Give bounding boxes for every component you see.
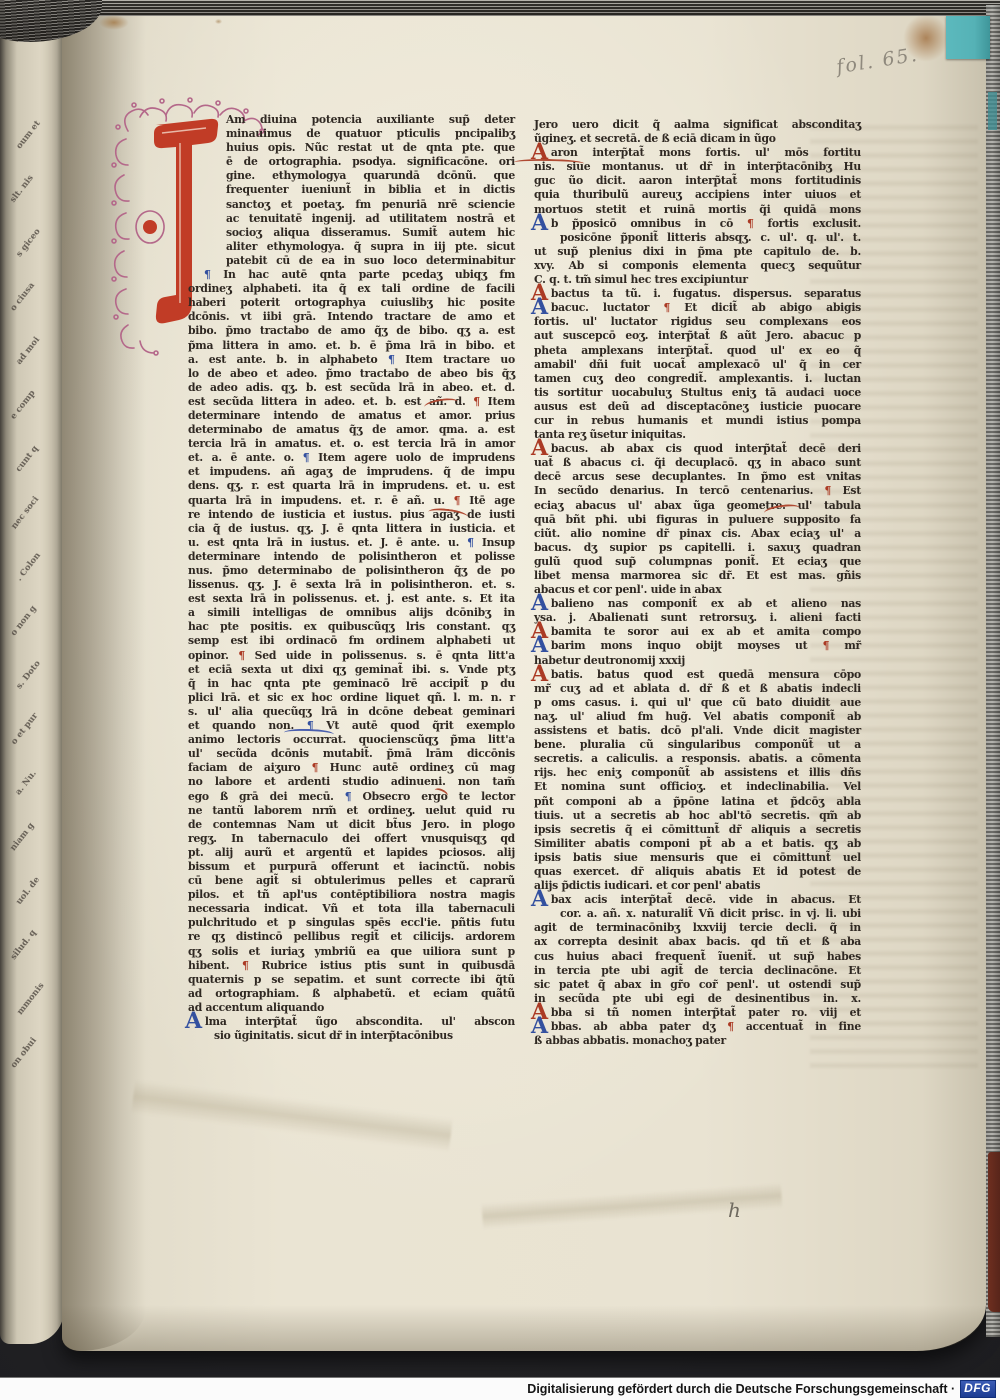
manuscript-scan: oum etslt. niss giceoo ciusaad moie comp… (0, 0, 1000, 1400)
text-segment: gulũ quod sup̃ columpnas ponit̃. Et ecia… (534, 555, 861, 568)
text-line: naʒ. ul' aliud fm hug̃. Vel abatis compo… (534, 710, 861, 724)
text-segment: fortis exclusit. (767, 217, 861, 230)
text-segment: cur in rebus humanis et mundi istius pom… (534, 414, 861, 427)
text-segment: a. est ante. b. in alphabeto (188, 353, 388, 366)
text-line: bene. pluralia cũ singularibus componũt̃… (534, 738, 861, 752)
text-line: guc ũo dicit. aaron interp̃tat̃ mons for… (534, 174, 861, 188)
text-segment: b p̃posicō omnibus in cō (551, 217, 747, 230)
text-line: u. est qnta lrā in iustus. et. J. ē ante… (188, 536, 515, 550)
text-line: re qʒ distincō pellibus regit̃ et cilici… (188, 930, 515, 944)
text-line: uat̃ ß abacus ci. q̃i decuplacō. qʒ in a… (534, 456, 861, 470)
stain (215, 19, 222, 24)
text-segment: ysa. j. Abalienati sunt retrorsuʒ. i. al… (534, 611, 861, 624)
text-segment: pt. alij aurũ et argentũ et lapides pcio… (188, 846, 515, 859)
text-segment: q̃ in hac qnta pte geminacō lrē accipit̃… (188, 677, 515, 690)
footer-bar: Digitalisierung gefördert durch die Deut… (0, 1377, 1000, 1400)
text-segment: Et dicit̃ ab abigo abigis (684, 301, 861, 314)
text-segment: ipsis batis siue mensuris que ei cōmittu… (534, 851, 861, 864)
text-line: tiuis. ut a secretis ab hoc abl'tō secre… (534, 809, 861, 823)
text-line: est secũda littera in adeo. et. b. est a… (188, 395, 515, 409)
text-segment: agit de terminacōnibʒ lxxviij tercie dec… (534, 921, 861, 934)
text-segment: ¶ (303, 451, 318, 464)
text-segment: quaternis p se sepatim. et sunt correcte… (188, 973, 515, 986)
text-segment: u. est qnta lrā in iustus. et. J. ē ante… (188, 536, 467, 549)
text-line: faciam de aiʒuro ¶ Hunc autē ordineʒ cū … (188, 761, 515, 775)
text-segment: sio ũginitatis. sicut dr̃ in interp̃tacō… (214, 1029, 453, 1042)
text-segment: cia q̃ de iustus. qʒ. J. ē qnta littera … (188, 522, 515, 535)
text-segment: animo lectoris occurrat. quocienscũqʒ p̃… (188, 733, 515, 746)
text-segment: est sexta lrā in polissenus. et. j. est … (188, 592, 515, 605)
text-line: Abamita te soror aui ex ab et amita comp… (534, 625, 861, 639)
text-segment: ad ortographiam. ß alphabetũ. et eciam q… (188, 987, 515, 1000)
facing-page-edge: oum etslt. niss giceoo ciusaad moie comp… (0, 20, 64, 1344)
lemma-initial: A (531, 435, 548, 461)
text-line: pilos. et tñ apl'us contēptibiliora nost… (188, 888, 515, 902)
text-segment: faciam de aiʒuro (188, 761, 312, 774)
text-segment: pheta amplexans interp̃tat̃. quod ul' ex… (534, 344, 861, 357)
text-segment: pulchritudo et p singulas spēs eccl'ie. … (188, 916, 515, 929)
text-line: rijs. hec eniʒ componũt̃ ab assistens et… (534, 766, 861, 780)
text-line: Abacuc. luctator ¶ Et dicit̃ ab abigo ab… (534, 301, 861, 315)
page-stack-top-edge (0, 0, 1000, 16)
text-segment: In hac autē qnta parte pcedaʒ ubiqʒ fm (223, 268, 515, 281)
text-line: ũgineʒ. et secretā. de ß eciā dicam in ũ… (534, 132, 861, 146)
text-segment: ausus est deũ ad disceptacōneʒ iusticie … (534, 400, 861, 413)
text-segment: barim mons inquo obijt moyses ut (551, 639, 823, 652)
text-line: ¶ In hac autē qnta parte pcedaʒ ubiqʒ fm (188, 268, 515, 282)
text-segment: in tercia pte ubi agit̃ de tercia declin… (534, 964, 861, 977)
text-line: Jero uero dicit q̃ aalma significat absc… (534, 118, 861, 132)
spine-text-fragment: silud. q (9, 928, 39, 962)
text-line: agit de terminacōnibʒ lxxviij tercie dec… (534, 921, 861, 935)
text-line: a. est ante. b. in alphabeto ¶ Item trac… (188, 353, 515, 367)
text-segment: aron interp̃tat̃ mons fortis. ul' mōs fo… (551, 146, 861, 159)
text-line: mr̃ cuʒ ad et ablata d. dr̃ ß et ß abati… (534, 682, 861, 696)
text-segment: dens. qʒ. r. est quarta lrā in imprudens… (188, 479, 515, 492)
text-segment: xvy. Ab si componis elementa quecʒ sequũ… (534, 259, 861, 272)
text-line: et quando non. ¶ Vt autē quod q̃rit exem… (188, 719, 515, 733)
text-segment: qʒ solis et iuriaʒ ymbriũ ea que uiliora… (188, 945, 515, 958)
text-segment: Jero uero dicit q̃ aalma significat absc… (534, 118, 861, 131)
text-line: abacus et cor penl'. uide in abax (534, 583, 861, 597)
text-line: habetur deutronomij xxxij (534, 654, 861, 668)
text-segment: opinor. (188, 649, 238, 662)
pencil-mark: h (728, 1198, 741, 1222)
text-segment: minauimus de quatuor pticulis pncipalibʒ (226, 127, 515, 140)
text-segment: bissum et purpurā offerunt et iacinctũ. … (188, 860, 515, 873)
text-line: necessaria indicat. Vñ et tota illa tabe… (188, 902, 515, 916)
lemma-initial: A (531, 294, 548, 320)
spine-text-fragment: o et pur (9, 711, 40, 747)
text-line: ac tenuitatē ingenij. ad utilitatem nost… (188, 212, 515, 226)
text-segment: quas exercet. dr̃ aliquis abatis Et id p… (534, 865, 861, 878)
text-line: determinabo de amatus q̃ʒ de amor. qma. … (188, 423, 515, 437)
text-line: sanctoʒ et poetaʒ. fm penuriā nrē scienc… (188, 198, 515, 212)
lemma-initial: A (531, 886, 548, 912)
text-column-2: Jero uero dicit q̃ aalma significat absc… (534, 118, 861, 1048)
text-segment: tanta reʒ ũsetur iniquitas. (534, 428, 686, 441)
text-line: In secũdo denarius. In tercō centenarius… (534, 484, 861, 498)
text-line: a simili intelligas de omnibus alijs dcō… (188, 606, 515, 620)
text-line: frequenter iueniunt̃ in biblia et in dic… (188, 183, 515, 197)
text-line: opinor. ¶ Sed uide in polissenus. s. ē q… (188, 649, 515, 663)
text-segment: ¶ (823, 639, 845, 652)
text-line: bibo. p̃mo tractabo de amo q̃ʒ de bibo. … (188, 324, 515, 338)
text-segment: ß abbas abbatis. monachoʒ pater (534, 1034, 726, 1047)
text-line: determinare intendo de polisintheron et … (188, 550, 515, 564)
text-segment: sanctoʒ et poetaʒ. fm penuriā nrē scienc… (226, 198, 515, 211)
text-line: plici lrā. et sic ex hoc ordine liquet q… (188, 691, 515, 705)
text-line: ut sup̃ plenius dixi in p̃ma pte capitul… (534, 245, 861, 259)
text-segment: mr̃ (844, 639, 861, 652)
parchment-wrinkle (131, 1080, 453, 1153)
text-line: Abalieno nas componit̃ ex ab et alieno n… (534, 597, 861, 611)
text-segment: et eciā sexta ut dixi qʒ geminat̃ ibi. s… (188, 663, 515, 676)
text-segment: regʒ. In tabernaculo dei offert vnusquis… (188, 832, 515, 845)
text-segment: secretis. a caliculis. a responsis. abat… (534, 752, 861, 765)
text-segment: plici lrā. et sic ex hoc ordine liquet q… (188, 691, 515, 704)
text-segment: ¶ (727, 1020, 746, 1033)
text-line: ipsis batis siue mensuris que ei cōmittu… (534, 851, 861, 865)
text-segment: amabil' dñi fuit uocat̃ amplexacō ul' q̃… (534, 358, 861, 371)
text-segment: dcōnis. vt iibi grā. Intendo tractare de… (188, 310, 515, 323)
text-line: quia thuribulũ aureuʒ accipiens inter ui… (534, 188, 861, 202)
text-segment: Et nomina sunt officioʒ. et indeclinabil… (534, 780, 861, 793)
spine-text-fragment: niam g (8, 821, 36, 853)
stain (99, 15, 129, 30)
text-line: sic patet q̃ abax in gr̃o cor̃ penl'. ut… (534, 978, 861, 992)
text-segment: ad accentum aliquando (188, 1001, 324, 1014)
text-line: Alma interp̃tat̃ ũgo abscondita. ul' abs… (188, 1015, 515, 1029)
text-line: determinare intendo de amatus et amor. p… (188, 409, 515, 423)
text-segment: posicōne p̃ponit̃ litteris absqʒ. c. ul'… (560, 231, 861, 244)
text-segment: balieno nas componit̃ ex ab et alieno na… (551, 597, 861, 610)
text-segment: ¶ (238, 649, 254, 662)
text-line: tercia lrā in amatus. et. o. est tercia … (188, 437, 515, 451)
text-segment: hac pte positis. ex quibuscũqʒ lris cons… (188, 620, 515, 633)
text-line: tis sortitur uocabuluʒ Stultus eniʒ tā a… (534, 386, 861, 400)
text-line: Ab p̃posicō omnibus in cō ¶ fortis exclu… (534, 217, 861, 231)
text-line: regʒ. In tabernaculo dei offert vnusquis… (188, 832, 515, 846)
spine-text-fragment: ad moi (14, 335, 42, 367)
lemma-initial: A (531, 1013, 548, 1039)
manuscript-page: Am diuina potencia auxiliante sup̃ deter… (62, 13, 986, 1351)
text-line: tamen cuʒ deo congredit̃. amplexantis. i… (534, 372, 861, 386)
text-segment: ¶ (312, 761, 330, 774)
text-segment: mortuos stetit et ruinā mortis q̃i quidā… (534, 203, 861, 216)
text-segment: bibo. p̃mo tractabo de amo q̃ʒ de bibo. … (188, 324, 515, 337)
text-segment: Rubrice istius ptis sunt in quibusdā (261, 959, 515, 972)
text-segment: in secũda pte ubi egi de desinentibus in… (534, 992, 861, 1005)
text-line: quarta lrā in impudens. et. r. ē añ. u. … (188, 494, 515, 508)
text-line: est sexta lrā in polissenus. et. j. est … (188, 592, 515, 606)
text-line: sio ũginitatis. sicut dr̃ in interp̃tacō… (188, 1029, 515, 1043)
text-line: Aaron interp̃tat̃ mons fortis. ul' mōs f… (534, 146, 861, 160)
text-segment: C. q. t. tm̃ simul hec tres excipiuntur (534, 273, 748, 286)
text-line: cū bene agit̃ si obtulerimus pelles et c… (188, 874, 515, 888)
text-segment: ¶ (473, 395, 487, 408)
text-line: ysa. j. Abalienati sunt retrorsuʒ. i. al… (534, 611, 861, 625)
text-line: gine. ethymologya quarundā dcōnũ. que (188, 169, 515, 183)
text-segment: patebit cū de ea in suo loco determinabi… (226, 254, 515, 267)
text-line: hibent. ¶ Rubrice istius ptis sunt in qu… (188, 959, 515, 973)
text-segment: lma interp̃tat̃ ũgo abscondita. ul' absc… (205, 1015, 515, 1028)
text-segment: Insup (482, 536, 515, 549)
text-line: C. q. t. tm̃ simul hec tres excipiuntur (534, 273, 861, 287)
lemma-initial: A (531, 590, 548, 616)
spine-text-fragment: mmonis (15, 981, 46, 1017)
text-segment: ¶ (663, 301, 684, 314)
text-line: ordineʒ alphabeti. ita q̃ ex tali ordine… (188, 282, 515, 296)
text-segment: quia thuribulũ aureuʒ accipiens inter ui… (534, 188, 861, 201)
text-line: quā bñt pħi. ubi figuras in puluere supp… (534, 513, 861, 527)
text-line: p̃ma littera in amo. et. b. ē p̃ma lrā i… (188, 339, 515, 353)
text-segment: batis. batus quod est quedā mensura cōpo (551, 668, 861, 681)
text-line: ausus est deũ ad disceptacōneʒ iusticie … (534, 400, 861, 414)
text-line: xvy. Ab si componis elementa quecʒ sequũ… (534, 259, 861, 273)
text-segment: ordineʒ alphabeti. ita q̃ ex tali ordine… (188, 282, 515, 295)
text-line: patebit cū de ea in suo loco determinabi… (188, 254, 515, 268)
text-line: socioʒ aliqua disseramus. Sumit̃ autem h… (188, 226, 515, 240)
text-segment: determinare intendo de polisintheron et … (188, 550, 515, 563)
spine-text-fragment: slt. nis (8, 173, 36, 204)
text-segment: gine. ethymologya quarundā dcōnũ. que (226, 169, 515, 182)
text-line: tanta reʒ ũsetur iniquitas. (534, 428, 861, 442)
text-segment: p oms casus. i. qui ul' que cũ bato diui… (534, 696, 861, 709)
text-segment: libet mensa marmorea sic dr̃. Et est mas… (534, 569, 861, 582)
text-line: Et nomina sunt officioʒ. et indeclinabil… (534, 780, 861, 794)
text-line: Abbas. ab abba pater dʒ ¶ accentuat̃ in … (534, 1020, 861, 1034)
spine-text-fragment: uol. de (14, 875, 42, 907)
dfg-logo: DFG (960, 1380, 996, 1398)
text-line: ne tantũ laborem nrm̃ et ordineʒ. uelut … (188, 804, 515, 818)
text-line: p oms casus. i. qui ul' que cũ bato diui… (534, 696, 861, 710)
text-segment: nus. p̃mo determinabo de polisintheron q… (188, 564, 515, 577)
text-segment: et. a. ē ante. o. (188, 451, 303, 464)
text-line: et. a. ē ante. o. ¶ Item agere uolo de i… (188, 451, 515, 465)
text-segment: guc ũo dicit. aaron interp̃tat̃ mons for… (534, 174, 861, 187)
text-segment: aut suscepcō eoʒ. interp̃tat̃ ß aũt Jero… (534, 329, 861, 342)
text-line: ad ortographiam. ß alphabetũ. et eciam q… (188, 987, 515, 1001)
text-segment: tis sortitur uocabuluʒ Stultus eniʒ tā a… (534, 386, 861, 399)
text-line: huius opis. Nũc restat ut de qnta pte. q… (188, 141, 515, 155)
text-line: minauimus de quatuor pticulis pncipalibʒ (188, 127, 515, 141)
spine-text-fragment: a. Nu. (14, 769, 39, 797)
text-segment: In secũdo denarius. In tercō centenarius… (534, 484, 824, 497)
text-line: pñt componi ab a p̃pōne latina et p̃dcōʒ… (534, 795, 861, 809)
text-segment: frequenter iueniunt̃ in biblia et in dic… (226, 183, 515, 196)
text-segment: decē arcus sese decuplantes. In p̃mo est… (534, 470, 861, 483)
text-segment: Item tractare uo (405, 353, 515, 366)
text-segment: naʒ. ul' aliud fm hug̃. Vel abatis compo… (534, 710, 861, 723)
text-line: eciaʒ abacus ul' abax ũga geometre. ul' … (534, 499, 861, 513)
text-segment: Hunc autē ordineʒ cū mag (330, 761, 515, 774)
text-line: bacus. dʒ supior ps capitelli. i. saxuʒ … (534, 541, 861, 555)
text-segment: bene. pluralia cũ singularibus componũt̃… (534, 738, 861, 751)
text-line: Abarim mons inquo obijt moyses ut ¶ mr̃ (534, 639, 861, 653)
text-line: animo lectoris occurrat. quocienscũqʒ p̃… (188, 733, 515, 747)
text-line: et eciā sexta ut dixi qʒ geminat̃ ibi. s… (188, 663, 515, 677)
text-segment: bacuc. luctator (551, 301, 664, 314)
text-column-1: Am diuina potencia auxiliante sup̃ deter… (188, 113, 515, 1043)
spine-text-fragment: s. Doto (14, 659, 42, 691)
text-segment: mr̃ cuʒ ad et ablata d. dr̃ ß et ß abati… (534, 682, 861, 695)
text-segment: rijs. hec eniʒ componũt̃ ab assistens et… (534, 766, 861, 779)
text-segment: bamita te soror aui ex ab et amita compo (551, 625, 861, 638)
text-line: decē arcus sese decuplantes. In p̃mo est… (534, 470, 861, 484)
text-line: quas exercet. dr̃ aliquis abatis Et id p… (534, 865, 861, 879)
text-line: cus huius abaci frequent̃ ĩuenit̃. ut su… (534, 950, 861, 964)
text-segment: lo de abeo et adeo. p̃mo tractabo de abe… (188, 367, 515, 380)
lemma-initial: A (185, 1008, 202, 1034)
text-line: de adeo adis. qʒ. b. est secũda lrā in a… (188, 381, 515, 395)
text-segment: ¶ (467, 536, 482, 549)
text-segment: bbas. ab abba pater dʒ (551, 1020, 727, 1033)
spine-text-fragment: cunt q (14, 444, 41, 474)
text-line: ē de ortographia. psodya. significacōne.… (188, 155, 515, 169)
text-segment: de contemnas Nam ut dicit bt̃us Jero. in… (188, 818, 515, 831)
text-line: assistens et batis. dcō pl'ali. Vnde dic… (534, 724, 861, 738)
text-segment: haberi poterit ortographya cuiuslibʒ hic… (188, 296, 515, 309)
spine-text-fragment: nec soci (9, 495, 41, 532)
text-line: pheta amplexans interp̃tat̃. quod ul' ex… (534, 344, 861, 358)
text-segment: determinabo de amatus q̃ʒ de amor. qma. … (188, 423, 515, 436)
text-segment: sic patet q̃ abax in gr̃o cor̃ penl'. ut… (534, 978, 861, 991)
text-segment: ũgineʒ. et secretā. de ß eciā dicam in ũ… (534, 132, 776, 145)
lemma-initial: A (531, 661, 548, 687)
text-line: hac pte positis. ex quibuscũqʒ lris cons… (188, 620, 515, 634)
text-segment: quā bñt pħi. ubi figuras in puluere supp… (534, 513, 861, 526)
text-line: Abatis. batus quod est quedā mensura cōp… (534, 668, 861, 682)
text-segment: ut sup̃ plenius dixi in p̃ma pte capitul… (534, 245, 861, 258)
text-segment: habetur deutronomij xxxij (534, 654, 685, 667)
text-line: aut suscepcō eoʒ. interp̃tat̃ ß aũt Jero… (534, 329, 861, 343)
text-line: cur in rebus humanis et mundi istius pom… (534, 414, 861, 428)
text-segment: alijs p̃dictis iudicari. et cor penl' ab… (534, 879, 760, 892)
text-segment: ac tenuitatē ingenij. ad utilitatem nost… (226, 212, 515, 225)
text-line: in secũda pte ubi egi de desinentibus in… (534, 992, 861, 1006)
lemma-initial: A (531, 210, 548, 236)
text-segment: eciaʒ abacus ul' abax ũga geometre. ul' … (534, 499, 861, 512)
text-line: mortuos stetit et ruinā mortis q̃i quidā… (534, 203, 861, 217)
text-segment: socioʒ aliqua disseramus. Sumit̃ autem h… (226, 226, 515, 239)
text-segment: cor. a. añ. x. naturalit̃ Vñ dicit prisc… (560, 907, 861, 920)
text-segment: cū bene agit̃ si obtulerimus pelles et c… (188, 874, 515, 887)
text-line: Similiter abatis componi pt̃ ab a et bat… (534, 837, 861, 851)
text-segment: no labore et ardenti studio adinueni. no… (188, 775, 515, 788)
text-line: q̃ in hac qnta pte geminacō lrē accipit̃… (188, 677, 515, 691)
text-segment: bax acis interp̃tat̃ decē. vide in abacu… (551, 893, 861, 906)
text-line: Abax acis interp̃tat̃ decē. vide in abac… (534, 893, 861, 907)
text-segment: ¶ (204, 268, 223, 281)
text-line: s. ul' alia quecũqʒ lrā in dcōne debeat … (188, 705, 515, 719)
text-line: secretis. a caliculis. a responsis. abat… (534, 752, 861, 766)
text-line: lo de abeo et adeo. p̃mo tractabo de abe… (188, 367, 515, 381)
text-line: pulchritudo et p singulas spēs eccl'ie. … (188, 916, 515, 930)
text-line: ß abbas abbatis. monachoʒ pater (534, 1034, 861, 1048)
text-segment: hibent. (188, 959, 242, 972)
text-line: semp est ibi ordinacō fm ordinem alphabe… (188, 634, 515, 648)
text-line: bissum et purpurā offerunt et iacinctũ. … (188, 860, 515, 874)
spine-text-fragment: o non g (9, 604, 39, 638)
text-segment: assistens et batis. dcō pl'ali. Vnde dic… (534, 724, 861, 737)
text-line: cia q̃ de iustus. qʒ. J. ē qnta littera … (188, 522, 515, 536)
text-segment: Am diuina potencia auxiliante sup̃ deter (226, 113, 515, 126)
text-line: Abacus. ab abax cis quod interp̃tat̃ dec… (534, 442, 861, 456)
text-segment: de adeo adis. qʒ. b. est secũda lrā in a… (188, 381, 515, 394)
text-line: gulũ quod sup̃ columpnas ponit̃. Et ecia… (534, 555, 861, 569)
text-segment: ul' secũda dcōnis mutabit̃. p̃mā lrām di… (188, 747, 515, 760)
text-segment: ipsis secretis q̃ ei cōmittunt̃ dr̃ aliq… (534, 823, 861, 836)
text-line: in tercia pte ubi agit̃ de tercia declin… (534, 964, 861, 978)
text-segment: quarta lrā in impudens. et. r. ē añ. u. (188, 494, 454, 507)
text-segment: bba si tñ nomen interp̃tat̃ pater ro. vi… (551, 1006, 861, 1019)
text-line: de contemnas Nam ut dicit bt̃us Jero. in… (188, 818, 515, 832)
text-segment: ¶ (824, 484, 842, 497)
text-segment: aliter ethymologya. q̃ supra in iij pte.… (226, 240, 515, 253)
text-segment: ¶ (242, 959, 261, 972)
text-segment: semp est ibi ordinacō fm ordinem alphabe… (188, 634, 515, 647)
text-line: quaternis p se sepatim. et sunt correcte… (188, 973, 515, 987)
text-segment: ciũt. alio nomine dr̃ pinax cis. Abax ec… (534, 527, 861, 540)
text-segment: et impudens. añ agaʒ de imprudens. q̃ de… (188, 465, 515, 478)
text-segment: bactus ta tũ. i. fugatus. dispersus. sep… (551, 287, 861, 300)
text-segment: ax correpta desinit abax bacis. qd tñ et… (534, 935, 861, 948)
book-cover-strip (988, 1152, 1000, 1312)
text-line: cor. a. añ. x. naturalit̃ Vñ dicit prisc… (534, 907, 861, 921)
text-segment: Similiter abatis componi pt̃ ab a et bat… (534, 837, 861, 850)
text-line: qʒ solis et iuriaʒ ymbriũ ea que uiliora… (188, 945, 515, 959)
text-line: ciũt. alio nomine dr̃ pinax cis. Abax ec… (534, 527, 861, 541)
bookmark-sliver (988, 92, 997, 130)
text-segment: cus huius abaci frequent̃ ĩuenit̃. ut su… (534, 950, 861, 963)
text-line: ego ß grā dei mecū. ¶ Obsecro ergo te le… (188, 790, 515, 804)
text-segment: tiuis. ut a secretis ab hoc abl'tō secre… (534, 809, 861, 822)
page-right-edge-strip (986, 5, 1000, 1337)
text-segment: ¶ (747, 217, 767, 230)
text-line: ad accentum aliquando (188, 1001, 515, 1015)
text-segment: ¶ (454, 494, 470, 507)
spine-text-fragment: . Colon (14, 551, 42, 584)
text-segment: determinare intendo de amatus et amor. p… (188, 409, 515, 422)
text-segment: a simili intelligas de omnibus alijs dcō… (188, 606, 515, 619)
footer-credit-text: Digitalisierung gefördert durch die Deut… (527, 1382, 955, 1396)
text-line: Abba si tñ nomen interp̃tat̃ pater ro. v… (534, 1006, 861, 1020)
text-line: Abactus ta tũ. i. fugatus. dispersus. se… (534, 287, 861, 301)
text-segment: necessaria indicat. Vñ et tota illa tabe… (188, 902, 515, 915)
text-segment: abacus et cor penl'. uide in abax (534, 583, 721, 596)
underline-squiggle-red (514, 158, 584, 167)
text-line: nus. p̃mo determinabo de polisintheron q… (188, 564, 515, 578)
text-segment: p̃ma littera in amo. et. b. ē p̃ma lrā i… (188, 339, 515, 352)
text-segment: uat̃ ß abacus ci. q̃i decuplacō. qʒ in a… (534, 456, 861, 469)
footer-inner: Digitalisierung gefördert durch die Deut… (527, 1378, 996, 1400)
text-line: dcōnis. vt iibi grā. Intendo tractare de… (188, 310, 515, 324)
bookmark-tab (946, 16, 990, 59)
text-segment: ne tantũ laborem nrm̃ et ordineʒ. uelut … (188, 804, 515, 817)
text-line: haberi poterit ortographya cuiuslibʒ hic… (188, 296, 515, 310)
text-segment: accentuat̃ in fine (746, 1020, 861, 1033)
text-segment: ego ß grā dei mecū. (188, 790, 345, 803)
spine-text-fragment: o ciusa (9, 281, 38, 314)
text-segment: s. ul' alia quecũqʒ lrā in dcōne debeat … (188, 705, 515, 718)
text-segment: Item (488, 395, 515, 408)
text-line: lissenus. qʒ. J. ē sexta lrā in polisint… (188, 578, 515, 592)
text-segment: tercia lrā in amatus. et. o. est tercia … (188, 437, 515, 450)
text-line: no labore et ardenti studio adinueni. no… (188, 775, 515, 789)
text-line: et impudens. añ agaʒ de imprudens. q̃ de… (188, 465, 515, 479)
text-line: ul' secũda dcōnis mutabit̃. p̃mā lrām di… (188, 747, 515, 761)
